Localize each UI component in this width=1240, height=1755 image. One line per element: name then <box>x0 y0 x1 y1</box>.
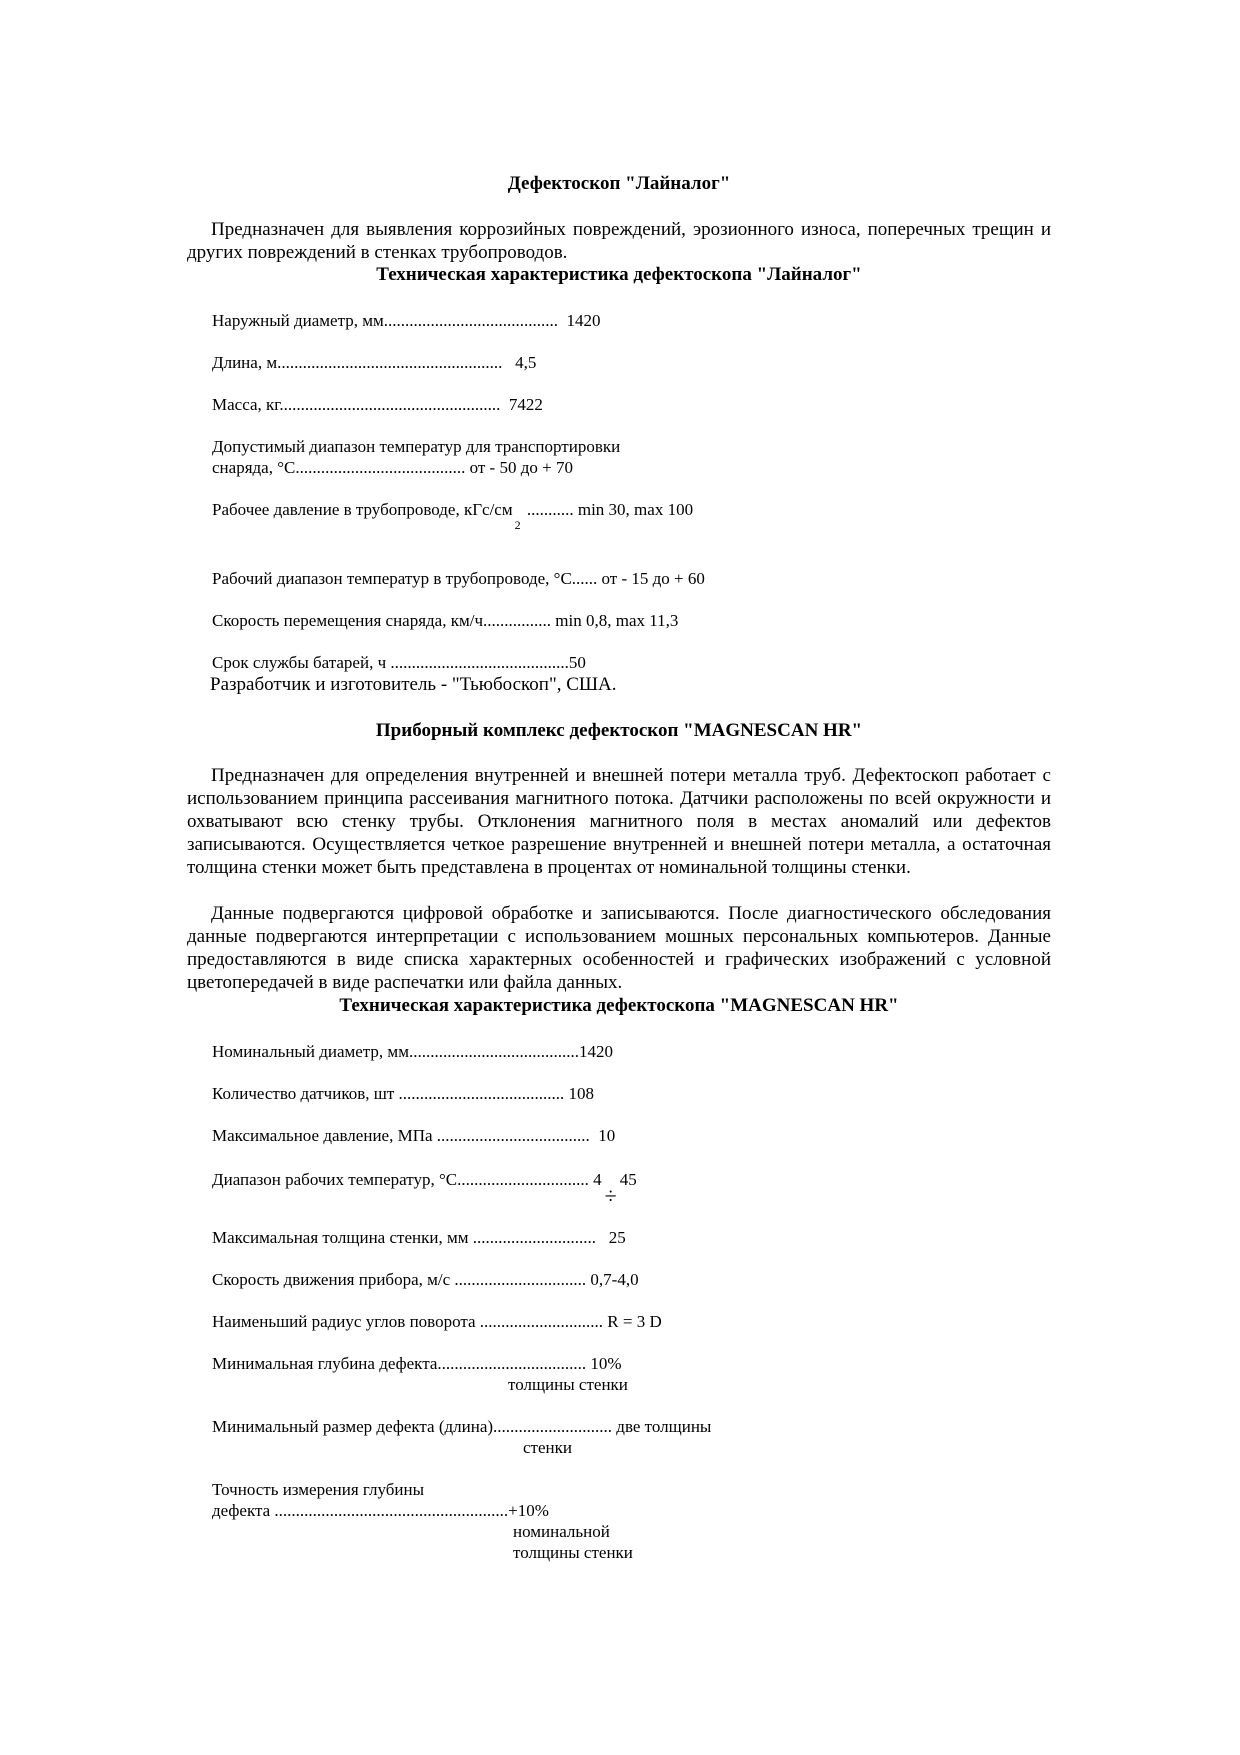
spec-nominal-diameter: Номинальный диаметр, мм.................… <box>212 1041 613 1062</box>
section1-title: Дефектоскоп "Лайналог" <box>187 172 1051 195</box>
spec-min-defect-depth-cont: толщины стенки <box>508 1374 628 1395</box>
section2-title: Приборный комплекс дефектоскоп "MAGNESCA… <box>187 719 1051 742</box>
spec-device-speed: Скорость движения прибора, м/с .........… <box>212 1269 639 1290</box>
spec-operating-temp-label: Диапазон рабочих температур, °С.........… <box>212 1170 602 1189</box>
section2-paragraph-1: Предназначен для определения внутренней … <box>187 764 1051 879</box>
section1-description: Предназначен для выявления коррозийных п… <box>187 218 1051 264</box>
spec-operating-temp-max: 45 <box>620 1170 637 1189</box>
spec-working-pressure: Рабочее давление в трубопроводе, кГс/см2… <box>212 499 693 522</box>
section2-spec-title: Техническая характеристика дефектоскопа … <box>187 994 1051 1017</box>
spec-depth-accuracy-line1: Точность измерения глубины <box>212 1479 424 1500</box>
spec-sensor-count: Количество датчиков, шт ................… <box>212 1083 594 1104</box>
spec-max-wall-thickness: Максимальная толщина стенки, мм ........… <box>212 1227 626 1248</box>
spec-transport-temp-line1: Допустимый диапазон температур для транс… <box>212 436 620 457</box>
spec-depth-accuracy-line2: дефекта ................................… <box>212 1500 549 1521</box>
spec-depth-accuracy-cont2: толщины стенки <box>513 1542 633 1563</box>
spec-max-pressure: Максимальное давление, МПа .............… <box>212 1125 615 1146</box>
superscript-2: 2 <box>515 518 521 532</box>
spec-min-defect-size-cont: стенки <box>523 1437 572 1458</box>
spec-length: Длина, м................................… <box>212 352 536 373</box>
spec-mass: Масса, кг...............................… <box>212 394 543 415</box>
spec-speed: Скорость перемещения снаряда, км/ч......… <box>212 610 678 631</box>
spec-outer-diameter: Наружный диаметр, мм....................… <box>212 310 601 331</box>
spec-operating-temp: Диапазон рабочих температур, °С.........… <box>212 1167 637 1190</box>
spec-pipeline-temp: Рабочий диапазон температур в трубопрово… <box>212 568 705 589</box>
spec-battery-life: Срок службы батарей, ч .................… <box>212 652 586 673</box>
spec-working-pressure-label: Рабочее давление в трубопроводе, кГс/см <box>212 500 513 519</box>
spec-min-defect-depth: Минимальная глубина дефекта.............… <box>212 1353 622 1374</box>
section1-spec-title: Техническая характеристика дефектоскопа … <box>187 263 1051 286</box>
spec-min-bend-radius: Наименьший радиус углов поворота .......… <box>212 1311 662 1332</box>
spec-transport-temp-line2: снаряда, °С.............................… <box>212 457 573 478</box>
section2-paragraph-2: Данные подвергаются цифровой обработке и… <box>187 902 1051 994</box>
manufacturer: Разработчик и изготовитель - "Тьюбоскоп"… <box>210 673 617 696</box>
spec-min-defect-size: Минимальный размер дефекта (длина)......… <box>212 1416 711 1437</box>
division-sign: ÷ <box>605 1183 617 1208</box>
spec-depth-accuracy-cont1: номинальной <box>513 1521 610 1542</box>
spec-working-pressure-value: ........... min 30, max 100 <box>523 500 693 519</box>
